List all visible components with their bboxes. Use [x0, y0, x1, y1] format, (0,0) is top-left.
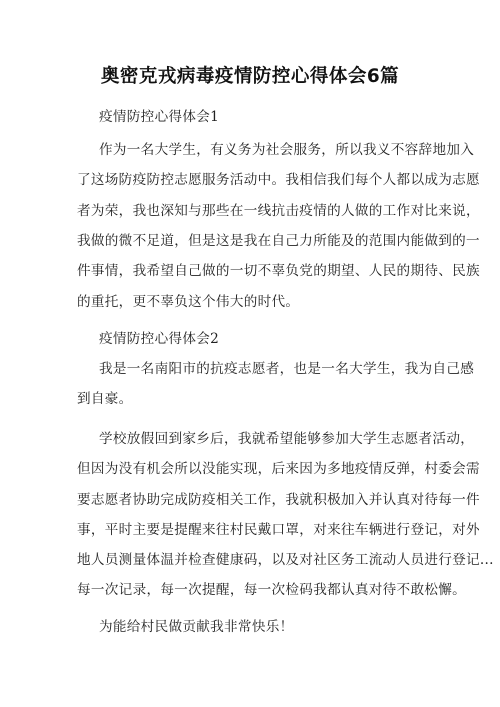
section-heading: 疫情防控心得体会2 — [99, 327, 459, 347]
paragraph-line: 的重托，更不辜负这个伟大的时代。 — [77, 290, 437, 310]
paragraph-line: 件事情，我希望自己做的一切不辜负党的期望、人民的期待、民族 — [77, 259, 437, 279]
paragraph-line: 每一次记录，每一次提醒，每一次检码我都认真对待不敢松懈。 — [77, 578, 437, 598]
paragraph-line: 作为一名大学生，有义务为社会服务，所以我义不容辞地加入 — [99, 138, 459, 158]
paragraph-line: 事，平时主要是提醒来往村民戴口罩，对来往车辆进行登记，对外 — [77, 518, 437, 538]
section-heading: 疫情防控心得体会1 — [99, 105, 459, 125]
paragraph-line: 到自豪。 — [77, 387, 437, 407]
paragraph-line: 要志愿者协助完成防疫相关工作，我就积极加入并认真对待每一件 — [77, 488, 437, 508]
paragraph-line: 者为荣，我也深知与那些在一线抗击疫情的人做的工作对比来说， — [77, 199, 437, 219]
paragraph-line: 我做的微不足道，但是这是我在自己力所能及的范围内能做到的一 — [77, 229, 437, 249]
document-title: 奥密克戎病毒疫情防控心得体会6篇 — [0, 62, 500, 88]
paragraph-line: 为能给村民做贡献我非常快乐！ — [99, 615, 459, 635]
document-page: 奥密克戎病毒疫情防控心得体会6篇 疫情防控心得体会1 作为一名大学生，有义务为社… — [0, 0, 500, 707]
paragraph-line: 但因为没有机会所以没能实现，后来因为多地疫情反弹，村委会需 — [77, 457, 437, 477]
paragraph-line: 我是一名南阳市的抗疫志愿者，也是一名大学生，我为自己感 — [99, 357, 459, 377]
paragraph-line: 学校放假回到家乡后，我就希望能够参加大学生志愿者活动， — [99, 427, 459, 447]
paragraph-line: 地人员测量体温并检查健康码，以及对社区务工流动人员进行登记... — [77, 548, 437, 568]
paragraph-line: 了这场防疫防控志愿服务活动中。我相信我们每个人都以成为志愿 — [77, 168, 437, 188]
